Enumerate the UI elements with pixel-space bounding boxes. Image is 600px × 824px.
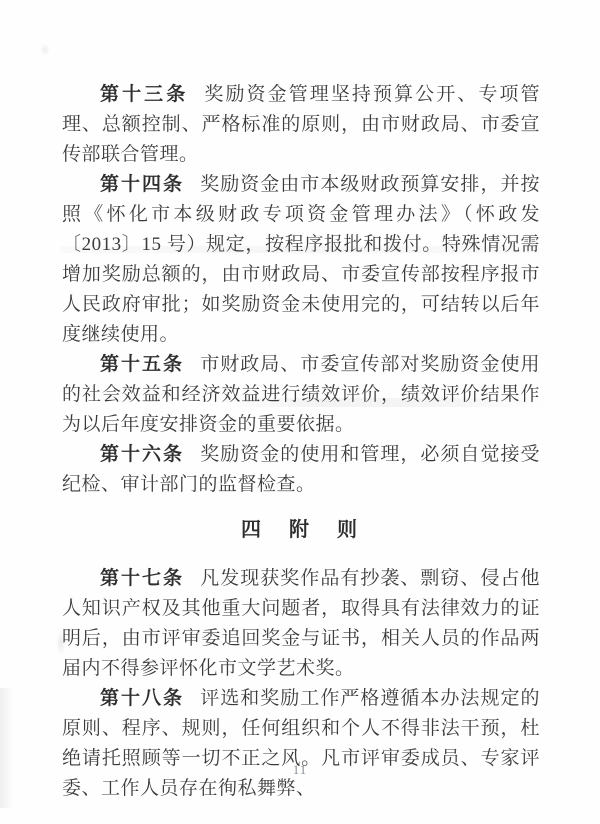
article-number: 第十八条 [100,688,184,709]
scan-artifact [40,44,50,56]
article-number: 第十五条 [100,354,184,375]
article-number: 第十四条 [100,174,184,195]
article-paragraph: 第十三条奖励资金管理坚持预算公开、专项管理、总额控制、严格标准的原则，由市财政局… [62,80,540,170]
document-body: 第十三条奖励资金管理坚持预算公开、专项管理、总额控制、严格标准的原则，由市财政局… [62,80,540,804]
article-number: 第十七条 [100,568,184,589]
article-paragraph: 第十七条凡发现获奖作品有抄袭、剽窃、侵占他人知识产权及其他重大问题者，取得具有法… [62,564,540,684]
section-heading: 四 附 则 [62,515,540,545]
article-paragraph: 第十四条奖励资金由市本级财政预算安排，并按照《怀化市本级财政专项资金管理办法》（… [62,170,540,350]
article-text: 奖励资金由市本级财政预算安排，并按照《怀化市本级财政专项资金管理办法》（怀政发〔… [62,174,540,345]
page-number: 11 [0,762,600,778]
article-number: 第十六条 [100,444,184,465]
article-paragraph: 第十六条奖励资金的使用和管理，必须自觉接受纪检、审计部门的监督检查。 [62,440,540,500]
article-number: 第十三条 [100,84,188,105]
scan-artifact [0,688,14,808]
scanned-document-page: 第十三条奖励资金管理坚持预算公开、专项管理、总额控制、严格标准的原则，由市财政局… [0,0,600,824]
article-paragraph: 第十八条评选和奖励工作严格遵循本办法规定的原则、程序、规则，任何组织和个人不得非… [62,684,540,804]
article-paragraph: 第十五条市财政局、市委宣传部对奖励资金使用的社会效益和经济效益进行绩效评价，绩效… [62,350,540,440]
